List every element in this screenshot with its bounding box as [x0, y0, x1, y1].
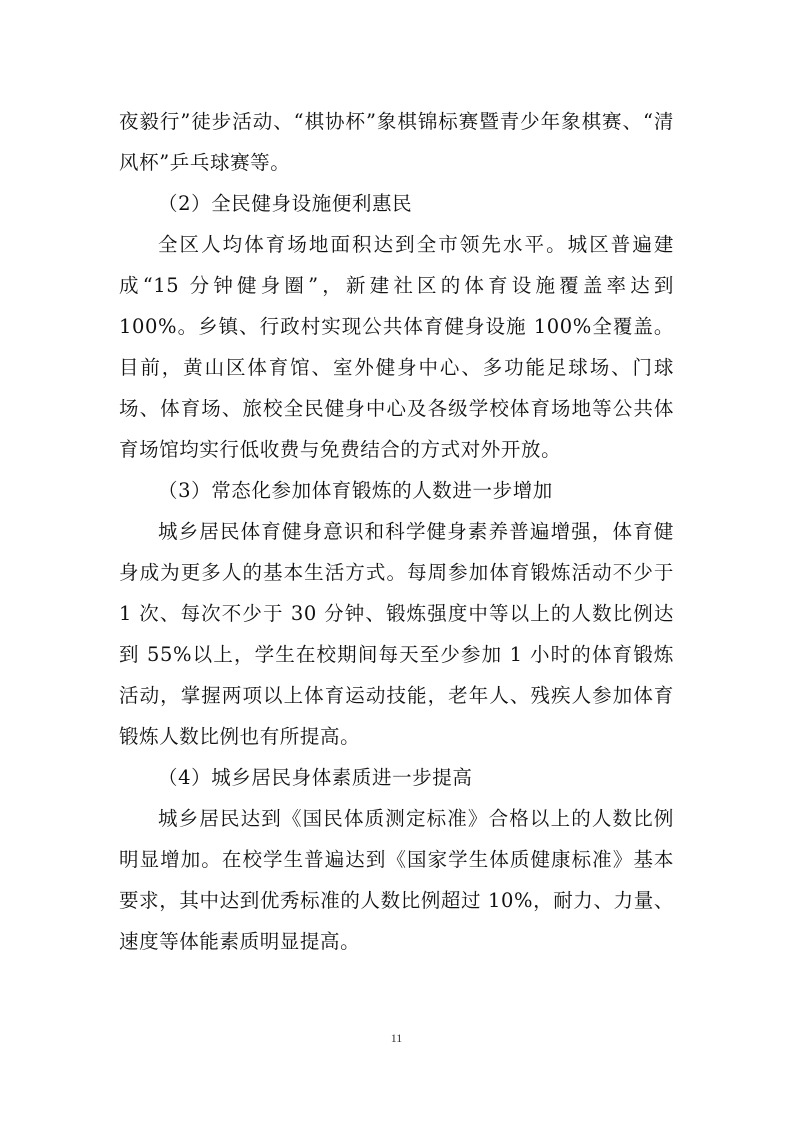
section-heading-3: （3）常态化参加体育锻炼的人数进一步增加 — [119, 470, 674, 511]
paragraph-continuation: 夜毅行”徒步活动、“棋协杯”象棋锦标赛暨青少年象棋赛、“清风杯”乒乓球赛等。 — [119, 101, 674, 183]
document-page: 夜毅行”徒步活动、“棋协杯”象棋锦标赛暨青少年象棋赛、“清风杯”乒乓球赛等。 （… — [119, 101, 674, 962]
paragraph-facilities: 全区人均体育场地面积达到全市领先水平。城区普遍建成“15 分钟健身圈”，新建社区… — [119, 224, 674, 470]
section-heading-2: （2）全民健身设施便利惠民 — [119, 183, 674, 224]
paragraph-exercise-participation: 城乡居民体育健身意识和科学健身素养普遍增强，体育健身成为更多人的基本生活方式。每… — [119, 511, 674, 757]
section-heading-4: （4）城乡居民身体素质进一步提高 — [119, 757, 674, 798]
page-number: 11 — [0, 1031, 793, 1046]
paragraph-physical-fitness: 城乡居民达到《国民体质测定标准》合格以上的人数比例明显增加。在校学生普遍达到《国… — [119, 798, 674, 962]
